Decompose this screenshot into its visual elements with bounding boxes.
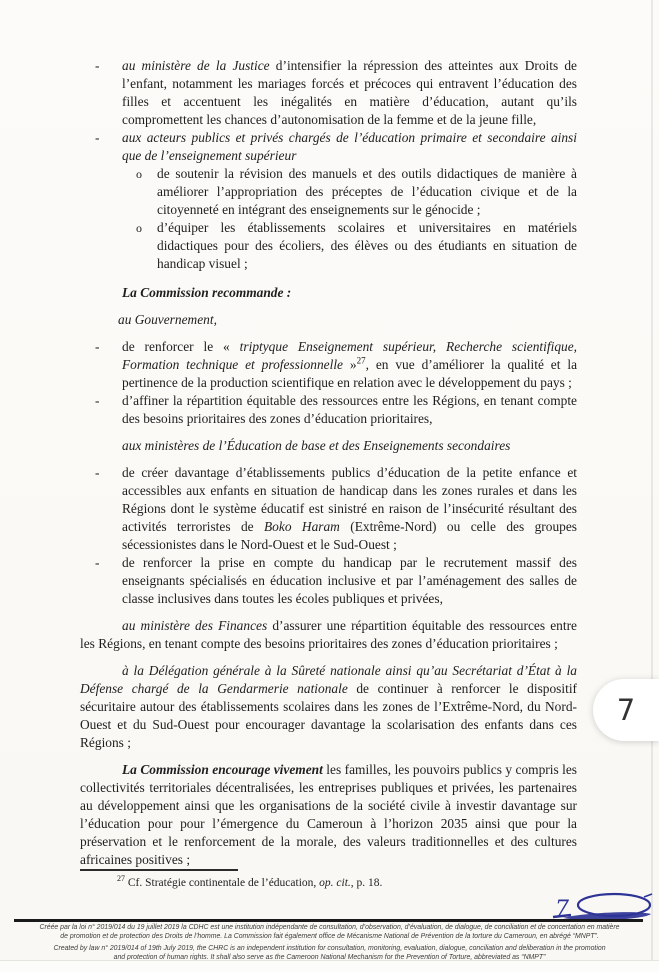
dash-bullet-marker: - (95, 57, 99, 75)
dash-bullet-marker: - (95, 392, 99, 410)
sub-bullet-item-soutenir: ode soutenir la révision des manuels et … (80, 165, 577, 219)
circle-bullet-marker: o (136, 165, 142, 183)
footer-line-en-1: Created by law n° 2019/014 of 19th July … (0, 944, 659, 953)
paragraph-delegation: à la Délégation générale à la Sûreté nat… (80, 662, 577, 752)
footnote-tail: , p. 18. (351, 877, 383, 889)
footer-legal-text: Créée par la loi n° 2019/014 du 19 juill… (0, 923, 659, 962)
paragraph-finances: au ministère des Finances d’assurer une … (80, 617, 577, 653)
bullet-item-justice: -au ministère de la Justice d’intensifie… (80, 57, 577, 129)
scanned-document-page: { "content": { "markers": { "dash": "-",… (0, 0, 659, 972)
page-scan-edge (651, 0, 653, 960)
document-body: -au ministère de la Justice d’intensifie… (80, 57, 577, 869)
sub-soutenir-text: de soutenir la révision des manuels et d… (157, 166, 577, 217)
paragraph-encourage: La Commission encourage vivement les fam… (80, 761, 577, 869)
dash-bullet-marker: - (95, 129, 99, 147)
page-bottom-edge (0, 960, 659, 972)
bullet-justice-lead: au ministère de la Justice (122, 58, 270, 73)
bullet-triptyque-lead: de renforcer le « (122, 339, 240, 354)
footnote-italic: op. cit. (319, 877, 351, 889)
heading-gouvernement: au Gouvernement, (80, 311, 577, 329)
para-encourage-lead: La Commission encourage vivement (122, 762, 323, 777)
dash-bullet-marker: - (95, 338, 99, 356)
bullet-triptyque-close: » (343, 357, 357, 372)
bullet-item-affiner: -d’affiner la répartition équitable des … (80, 392, 577, 428)
footnote-reference: 27 (357, 356, 366, 366)
bullet-item-acteurs: -aux acteurs publics et privés chargés d… (80, 129, 577, 165)
footer-line-fr-1: Créée par la loi n° 2019/014 du 19 juill… (0, 923, 659, 932)
bullet-creer-italic: Boko Haram (264, 519, 340, 534)
page-number-indicator[interactable]: 7 (593, 679, 659, 741)
bullet-handicap-text: de renforcer la prise en compte du handi… (122, 555, 577, 606)
footer-divider (14, 919, 643, 922)
handwritten-page-mark: 7 (551, 892, 656, 927)
heading-recommande: La Commission recommande : (80, 284, 577, 302)
page-number-label: 7 (617, 693, 635, 727)
para-finances-lead: au ministère des Finances (122, 618, 267, 633)
sub-bullet-item-equiper: od’équiper les établissements scolaires … (80, 219, 577, 273)
footnote-marker: 27 (117, 874, 125, 883)
footer-line-fr-2: de promotion et de protection des Droits… (0, 932, 659, 941)
bullet-item-handicap: -de renforcer la prise en compte du hand… (80, 554, 577, 608)
para-encourage-text: les familles, les pouvoirs publics y com… (80, 762, 577, 867)
bullet-affiner-text: d’affiner la répartition équitable des r… (122, 393, 577, 426)
dash-bullet-marker: - (95, 464, 99, 482)
footnote-divider (80, 869, 238, 871)
dash-bullet-marker: - (95, 554, 99, 572)
circle-bullet-marker: o (136, 219, 142, 237)
footnote-lead: Cf. Stratégie continentale de l’éducatio… (125, 877, 319, 889)
bullet-acteurs-text: aux acteurs publics et privés chargés de… (122, 130, 577, 163)
bullet-item-triptyque: -de renforcer le « triptyque Enseignemen… (80, 338, 577, 392)
footnote: 27 Cf. Stratégie continentale de l’éduca… (117, 877, 577, 889)
bullet-item-creer: -de créer davantage d’établissements pub… (80, 464, 577, 554)
heading-ministeres: aux ministères de l’Éducation de base et… (80, 437, 577, 455)
sub-equiper-text: d’équiper les établissements scolaires e… (157, 220, 577, 271)
